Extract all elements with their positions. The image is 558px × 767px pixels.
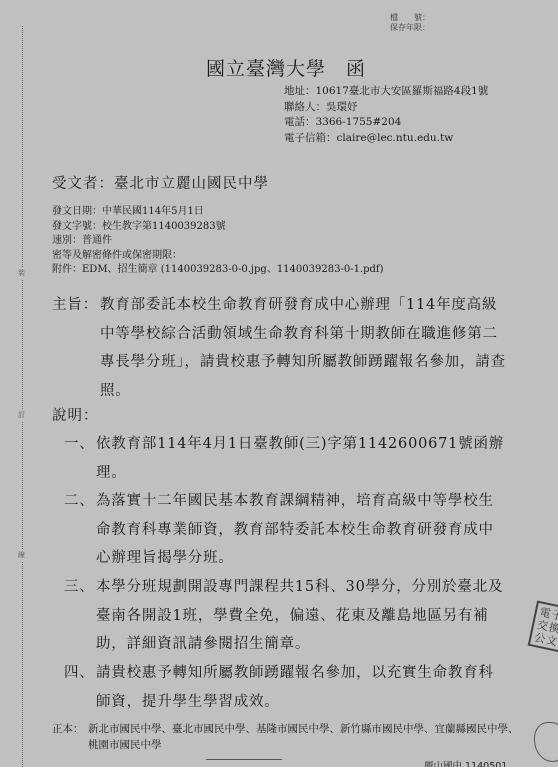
- binding-mark-zhuang: 裝: [18, 268, 25, 279]
- explanation-item: 三、 本學分班規劃開設專門課程共15科、30學分，分別於臺北及臺南各開設1班，學…: [64, 573, 509, 659]
- binding-mark-ding: 訂: [18, 410, 25, 421]
- item-text: 本學分班規劃開設專門課程共15科、30學分，分別於臺北及臺南各開設1班，學費全免…: [96, 573, 509, 659]
- cc-recipients: 新北市國民中學、臺北市國民中學、基隆市國民中學、新竹縣市國民中學、宜蘭縣國民中學…: [88, 721, 522, 753]
- speed-class: 速別：普通件: [52, 234, 384, 249]
- issue-date: 發文日期：中華民國114年5月1日: [52, 205, 384, 220]
- email: 電子信箱：claire@lec.ntu.edu.tw: [284, 131, 509, 147]
- file-meta: 檔 號： 保存年限：: [390, 13, 430, 33]
- item-text: 依教育部114年4月1日臺教師(三)字第1142600671號函辦理。: [96, 430, 509, 487]
- contact-block: 地址：10617臺北市大安區羅斯福路4段1號 聯絡人：吳環妤 電話：3366-1…: [284, 84, 509, 146]
- item-number: 四、: [64, 659, 95, 688]
- binding-line: [22, 26, 23, 767]
- file-number-label: 檔 號：: [390, 13, 430, 23]
- item-text: 請貴校惠予轉知所屬教師踴躍報名參加，以充實生命教育科師資，提升學生學習成效。: [96, 659, 509, 716]
- document-title: 國立臺灣大學 函: [206, 54, 366, 81]
- cc-section: 正本： 新北市國民中學、臺北市國民中學、基隆市國民中學、新竹縣市國民中學、宜蘭縣…: [52, 721, 522, 753]
- explanation-label: 說明：: [52, 404, 99, 425]
- document-meta: 發文日期：中華民國114年5月1日 發文字號：校生教字第1140039283號 …: [52, 205, 384, 278]
- binding-mark-xian: 線: [18, 550, 25, 561]
- item-number: 二、: [64, 487, 95, 516]
- receipt-code: 麗山國中 1140501: [424, 758, 507, 767]
- divider: [206, 759, 282, 760]
- explanation-item: 二、 為落實十二年國民基本教育課綱精神，培育高級中等學校生命教育科專業師資，教育…: [64, 487, 509, 573]
- contact-person: 聯絡人：吳環妤: [284, 100, 509, 116]
- subject-label: 主旨：: [52, 291, 98, 320]
- confidentiality: 密等及解密條件或保密期限：: [52, 249, 384, 264]
- e-exchange-stamp: 電子交換公文: [528, 601, 558, 654]
- subject-section: 主旨： 教育部委託本校生命教育研發育成中心辦理「114年度高級中等學校綜合活動領…: [52, 291, 507, 405]
- cc-label: 正本：: [52, 721, 84, 737]
- item-text: 為落實十二年國民基本教育課綱精神，培育高級中等學校生命教育科專業師資，教育部特委…: [96, 487, 509, 573]
- item-number: 一、: [64, 430, 95, 459]
- recipient: 受文者：臺北市立麗山國民中學: [52, 172, 269, 193]
- document-number: 發文字號：校生教字第1140039283號: [52, 220, 384, 235]
- phone: 電話：3366-1755#204: [284, 115, 509, 131]
- round-seal-stamp: 0: [534, 722, 558, 762]
- item-number: 三、: [64, 573, 95, 602]
- explanation-item: 一、 依教育部114年4月1日臺教師(三)字第1142600671號函辦理。: [64, 430, 509, 487]
- retention-label: 保存年限：: [390, 23, 430, 33]
- attachments[interactable]: 附件：EDM、招生簡章 (1140039283-0-0.jpg、11400392…: [52, 263, 384, 278]
- address: 地址：10617臺北市大安區羅斯福路4段1號: [284, 84, 509, 100]
- subject-text: 教育部委託本校生命教育研發育成中心辦理「114年度高級中等學校綜合活動領域生命教…: [100, 291, 507, 405]
- explanation-item: 四、 請貴校惠予轉知所屬教師踴躍報名參加，以充實生命教育科師資，提升學生學習成效…: [64, 659, 509, 716]
